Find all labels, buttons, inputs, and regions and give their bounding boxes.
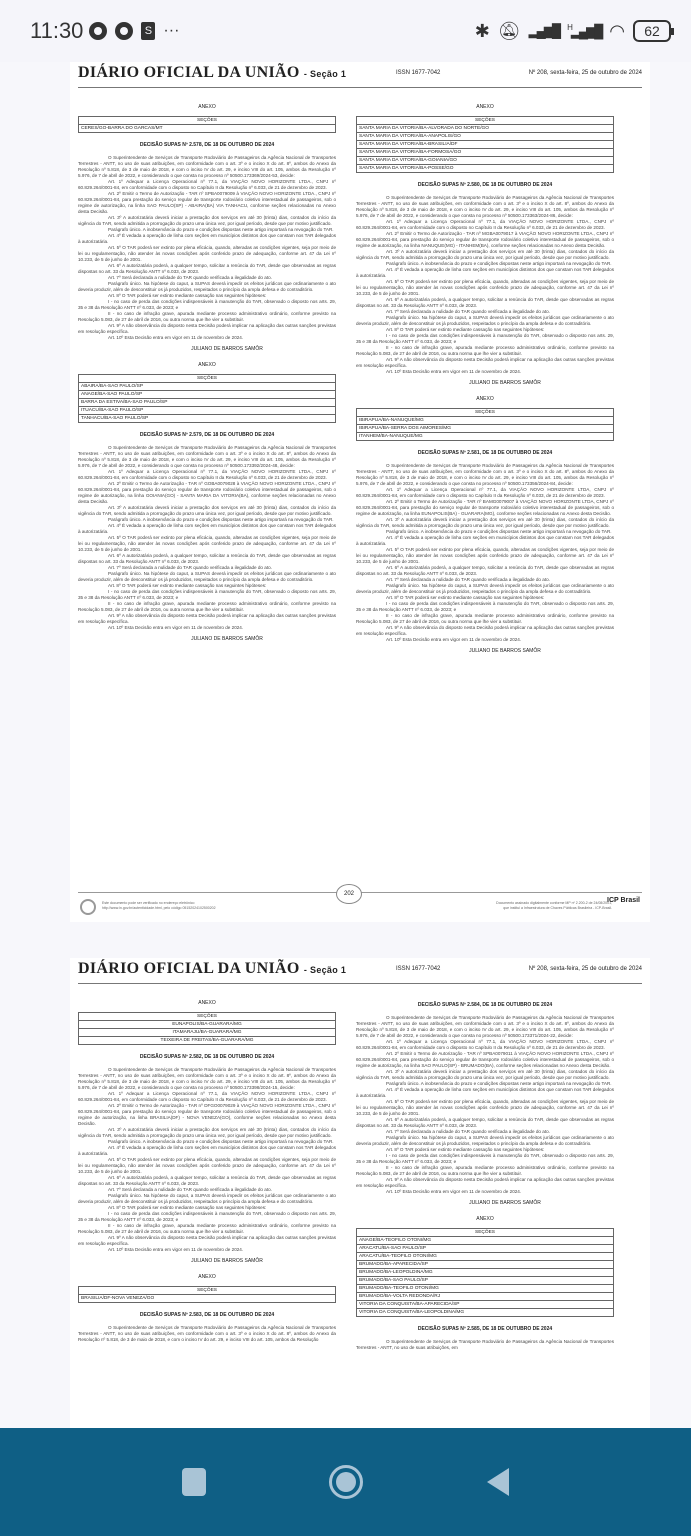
paragraph: Art. 10º Esta Decisão entra em vigor em … — [78, 1247, 336, 1253]
secoes-table: SEÇÕES IBIRAPUA/BA-NANUQUE/MG IBIRAPUA/B… — [356, 408, 614, 441]
document-page-203[interactable]: DIÁRIO OFICIAL DA UNIÃO - Seção 1 ISSN 1… — [70, 958, 650, 1428]
paragraph: Art. 5º O TAR poderá ser extinto por ple… — [78, 1157, 336, 1175]
paragraph: I - no caso de perda das condições indis… — [356, 601, 614, 613]
status-bar: 11:30 S ··· ✱ 🔕︎ ▂▄▆█ H▂▄▆█ ◠ 62 — [0, 0, 691, 62]
page-footer: Este documento pode ser verificado no en… — [78, 892, 642, 916]
paragraph: O Superintendente de Serviços de Transpo… — [356, 463, 614, 487]
column-left: ANEXO SEÇÕES EUNAPOLIS/BA-GUARARA/MG ITA… — [78, 990, 336, 1343]
paragraph: Art. 3º A autorizatária deverá iniciar a… — [78, 1127, 336, 1139]
secoes-table: SEÇÕES ANAGE/BA-TEOFILO OTONI/MG ARACATU… — [356, 1228, 614, 1317]
secoes-table: SEÇÕES EUNAPOLIS/BA-GUARARA/MG ITAMARAJU… — [78, 1012, 336, 1045]
paragraph: Art. 6º A autorizatária poderá, a qualqu… — [78, 553, 336, 565]
table-row: ITANHEM/BA-NANUQUE/MG — [357, 433, 614, 441]
paragraph: Art. 1º Adequar a Licença Operacional nº… — [78, 1091, 336, 1103]
chrome-icon — [89, 22, 107, 40]
table-row: ABAIRA/BA-SAO PAULO/SP — [79, 383, 336, 391]
paragraph: Art. 4º É vedada a operação de linha com… — [78, 523, 336, 535]
signal-icon: ▂▄▆█ — [529, 23, 559, 39]
paragraph: Parágrafo único. Na hipótese do caput, a… — [356, 315, 614, 327]
decision-title: DECISÃO SUPAS Nº 2.580, DE 18 DE OUTUBRO… — [356, 182, 614, 188]
battery-level: 62 — [644, 23, 660, 39]
publication-title: DIÁRIO OFICIAL DA UNIÃO - Seção 1 — [78, 64, 346, 82]
signature: JULIANO DE BARROS SAMÔR — [396, 380, 614, 386]
secoes-table: SEÇÕES BRASILIA/DF-NOVA VENEZA/GO — [78, 1286, 336, 1303]
paragraph: Art. 10º Esta Decisão entra em vigor em … — [356, 369, 614, 375]
table-header: SEÇÕES — [79, 1287, 336, 1295]
decision-title: DECISÃO SUPAS Nº 2.582, DE 18 DE OUTUBRO… — [78, 1054, 336, 1060]
paragraph: II - no caso de infração grave, apurada … — [78, 311, 336, 323]
decision-title: DECISÃO SUPAS Nº 2.584, DE 18 DE OUTUBRO… — [356, 1002, 614, 1008]
page-header: DIÁRIO OFICIAL DA UNIÃO - Seção 1 ISSN 1… — [78, 958, 642, 984]
table-row: IBIRAPUA/BA-SERRA DOS AIMORES/MG — [357, 425, 614, 433]
paragraph: Art. 5º O TAR poderá ser extinto por ple… — [356, 547, 614, 565]
table-row: IBIRAPUA/BA-NANUQUE/MG — [357, 417, 614, 425]
table-row: EUNAPOLIS/BA-GUARARA/MG — [79, 1021, 336, 1029]
signature: JULIANO DE BARROS SAMÔR — [118, 636, 336, 642]
publication-title: DIÁRIO OFICIAL DA UNIÃO - Seção 1 — [78, 960, 346, 978]
paragraph: Art. 10º Esta Decisão entra em vigor em … — [356, 637, 614, 643]
paragraph: Art. 3º A autorizatária deverá iniciar a… — [356, 1069, 614, 1081]
more-notifications-icon: ··· — [163, 22, 179, 40]
anexo-label: ANEXO — [78, 362, 336, 368]
paragraph: Parágrafo único. Na hipótese do caput, a… — [356, 583, 614, 595]
table-row: BRUMADO/BA-VOLTA REDONDA/RJ — [357, 1293, 614, 1301]
paragraph: Art. 3º A autorizatária deverá iniciar a… — [356, 249, 614, 261]
table-row: ARACATU/BA-SAO PAULO/SP — [357, 1245, 614, 1253]
decision-body: O Superintendente de Serviços de Transpo… — [78, 1325, 336, 1343]
paragraph: Art. 5º O TAR poderá ser extinto por ple… — [78, 245, 336, 263]
paragraph: Art. 4º É vedada a operação de linha com… — [356, 1087, 614, 1099]
paragraph: Art. 9º A não observância do disposto ne… — [356, 1177, 614, 1189]
paragraph: O Superintendente de Serviços de Transpo… — [356, 1015, 614, 1039]
paragraph: Art. 2º Emitir o Termo de Autorização - … — [356, 231, 614, 249]
table-row: BRUMADO/BA-SAO PAULO/SP — [357, 1277, 614, 1285]
signal-h-icon: H▂▄▆█ — [567, 23, 601, 39]
issn: ISSN 1677-7042 — [396, 70, 440, 76]
navigation-bar — [0, 1428, 691, 1536]
issn: ISSN 1677-7042 — [396, 966, 440, 972]
paragraph: Art. 9º A não observância do disposto ne… — [78, 613, 336, 625]
battery-icon: 62 — [633, 20, 671, 42]
paragraph: Art. 9º A não observância do disposto ne… — [356, 357, 614, 369]
table-header: SEÇÕES — [357, 117, 614, 125]
paragraph: Art. 1º Adequar a Licença Operacional nº… — [356, 219, 614, 231]
decision-title: DECISÃO SUPAS Nº 2.583, DE 18 DE OUTUBRO… — [78, 1312, 336, 1318]
paragraph: Art. 3º A autorizatária deverá iniciar a… — [356, 517, 614, 529]
page-number: 202 — [336, 884, 362, 904]
icp-brasil-logo-icon: ICP Brasil — [607, 897, 640, 904]
table-row: ANAGE/BA-TEOFILO OTONI/MG — [357, 1237, 614, 1245]
decision-body: O Superintendente de Serviços de Transpo… — [78, 445, 336, 631]
table-row: ITAMARAJU/BA-GUARARA/MG — [79, 1029, 336, 1037]
table-row: ANAGE/BA-SAO PAULO/SP — [79, 391, 336, 399]
column-right: DECISÃO SUPAS Nº 2.584, DE 18 DE OUTUBRO… — [356, 1002, 614, 1351]
table-row: BRASILIA/DF-NOVA VENEZA/GO — [79, 1295, 336, 1303]
bluetooth-icon: ✱ — [475, 21, 490, 42]
paragraph: Art. 10º Esta Decisão entra em vigor em … — [356, 1189, 614, 1195]
table-header: SEÇÕES — [357, 1229, 614, 1237]
paragraph: Art. 6º A autorizatária poderá, a qualqu… — [356, 565, 614, 577]
column-left: ANEXO SEÇÕES CERES/GO-BARRA DO GARCAS/MT… — [78, 94, 336, 642]
paragraph: II - no caso de infração grave, apurada … — [78, 601, 336, 613]
section-label: - Seção 1 — [304, 965, 346, 975]
paragraph: Art. 4º É vedada a operação de linha com… — [356, 267, 614, 279]
paragraph: Parágrafo único. Na hipótese do caput, a… — [356, 1135, 614, 1147]
edition-info: Nº 208, sexta-feira, 25 de outubro de 20… — [529, 966, 642, 972]
paragraph: I - no caso de perda das condições indis… — [78, 299, 336, 311]
secoes-table: SEÇÕES CERES/GO-BARRA DO GARCAS/MT — [78, 116, 336, 133]
decision-body: O Superintendente de Serviços de Transpo… — [356, 1339, 614, 1351]
decision-body: O Superintendente de Serviços de Transpo… — [356, 195, 614, 375]
secoes-table: SEÇÕES SANTA MARIA DA VITORIA/BA-ALVORAD… — [356, 116, 614, 173]
document-page-202[interactable]: DIÁRIO OFICIAL DA UNIÃO - Seção 1 ISSN 1… — [70, 62, 650, 922]
table-row: SANTA MARIA DA VITORIA/BA-ALVORADA DO NO… — [357, 125, 614, 133]
anexo-label: ANEXO — [356, 1216, 614, 1222]
anexo-label: ANEXO — [78, 104, 336, 110]
signature: JULIANO DE BARROS SAMÔR — [118, 346, 336, 352]
table-row: BRUMADO/BA-LEOPOLDINA/MG — [357, 1269, 614, 1277]
paragraph: II - no caso de infração grave, apurada … — [356, 1165, 614, 1177]
table-row: VITORIA DA CONQUISTA/BA-LEOPOLDINA/MG — [357, 1309, 614, 1317]
decision-body: O Superintendente de Serviços de Transpo… — [356, 463, 614, 643]
recent-apps-button[interactable] — [182, 1468, 206, 1496]
back-button[interactable] — [487, 1468, 509, 1496]
decision-body: O Superintendente de Serviços de Transpo… — [356, 1015, 614, 1195]
decision-title: DECISÃO SUPAS Nº 2.579, DE 18 DE OUTUBRO… — [78, 432, 336, 438]
table-row: ITUACU/BA-SAO PAULO/SP — [79, 407, 336, 415]
paragraph: Art. 3º A autorizatária deverá iniciar a… — [78, 215, 336, 227]
paragraph: I - no caso de perda das condições indis… — [356, 1153, 614, 1165]
decision-body: O Superintendente de Serviços de Transpo… — [78, 1067, 336, 1253]
paragraph: Art. 6º A autorizatária poderá, a qualqu… — [78, 263, 336, 275]
decision-body: O Superintendente de Serviços de Transpo… — [78, 155, 336, 341]
paragraph: O Superintendente de Serviços de Transpo… — [78, 445, 336, 469]
chrome-icon-2 — [115, 22, 133, 40]
paragraph: Art. 5º O TAR poderá ser extinto por ple… — [78, 535, 336, 553]
bell-muted-icon: 🔕︎ — [498, 21, 521, 42]
paragraph: Art. 1º Adequar a Licença Operacional nº… — [356, 1039, 614, 1051]
paragraph: I - no caso de perda das condições indis… — [78, 1211, 336, 1223]
paragraph: II - no caso de infração grave, apurada … — [356, 345, 614, 357]
page-header: DIÁRIO OFICIAL DA UNIÃO - Seção 1 ISSN 1… — [78, 62, 642, 88]
paragraph: I - no caso de perda das condições indis… — [78, 589, 336, 601]
paragraph: Art. 2º Emitir o Termo de Autorização - … — [78, 191, 336, 215]
anexo-label: ANEXO — [78, 1000, 336, 1006]
table-row: VITORIA DA CONQUISTA/BA-APARECIDA/SP — [357, 1301, 614, 1309]
paragraph: Art. 2º Emitir o Termo de Autorização - … — [78, 481, 336, 505]
signature: JULIANO DE BARROS SAMÔR — [396, 1200, 614, 1206]
signature-notice: Documento assinado digitalmente conforme… — [496, 901, 612, 911]
paragraph: Art. 2º Emitir o Termo de Autorização - … — [356, 499, 614, 517]
table-row: SANTA MARIA DA VITORIA/BA-FORMOSA/GO — [357, 149, 614, 157]
table-row: CERES/GO-BARRA DO GARCAS/MT — [79, 125, 336, 133]
paragraph: O Superintendente de Serviços de Transpo… — [356, 1339, 614, 1351]
paragraph: Parágrafo único. Na hipótese do caput, a… — [78, 1193, 336, 1205]
paragraph: Art. 9º A não observância do disposto ne… — [78, 323, 336, 335]
decision-title: DECISÃO SUPAS Nº 2.581, DE 18 DE OUTUBRO… — [356, 450, 614, 456]
republic-seal-icon — [80, 899, 96, 915]
anexo-label: ANEXO — [356, 104, 614, 110]
table-row: SANTA MARIA DA VITORIA/BA-GOIANIA/GO — [357, 157, 614, 165]
table-row: ARACATU/BA-TEOFILO OTONI/MG — [357, 1253, 614, 1261]
paragraph: O Superintendente de Serviços de Transpo… — [78, 1325, 336, 1343]
paragraph: Art. 2º Emitir o Termo de Autorização - … — [356, 1051, 614, 1069]
table-row: TEIXEIRA DE FREITAS/BA-GUARARA/MG — [79, 1037, 336, 1045]
table-header: SEÇÕES — [79, 1013, 336, 1021]
paragraph: Art. 1º Adequar a Licença Operacional nº… — [78, 179, 336, 191]
paragraph: Art. 6º A autorizatária poderá, a qualqu… — [356, 297, 614, 309]
paragraph: Art. 5º O TAR poderá ser extinto por ple… — [356, 279, 614, 297]
signature: JULIANO DE BARROS SAMÔR — [396, 648, 614, 654]
paragraph: Art. 6º A autorizatária poderá, a qualqu… — [356, 1117, 614, 1129]
table-row: BARRA DA ESTIVA/BA-SAO PAULO/SP — [79, 399, 336, 407]
paragraph: Art. 2º Emitir o Termo de Autorização - … — [78, 1103, 336, 1127]
decision-title: DECISÃO SUPAS Nº 2.578, DE 18 DE OUTUBRO… — [78, 142, 336, 148]
paragraph: Parágrafo único. Na hipótese do caput, a… — [78, 281, 336, 293]
paragraph: Parágrafo único. Na hipótese do caput, a… — [78, 571, 336, 583]
paragraph: I - no caso de perda das condições indis… — [356, 333, 614, 345]
table-header: SEÇÕES — [79, 375, 336, 383]
paragraph: Art. 10º Esta Decisão entra em vigor em … — [78, 625, 336, 631]
table-header: SEÇÕES — [79, 117, 336, 125]
paragraph: Art. 6º A autorizatária poderá, a qualqu… — [78, 1175, 336, 1187]
column-right: ANEXO SEÇÕES SANTA MARIA DA VITORIA/BA-A… — [356, 94, 614, 654]
paragraph: O Superintendente de Serviços de Transpo… — [78, 155, 336, 179]
table-row: SANTA MARIA DA VITORIA/BA-ANAPOLIS/GO — [357, 133, 614, 141]
page-gap — [0, 922, 691, 958]
section-label: - Seção 1 — [304, 69, 346, 79]
table-header: SEÇÕES — [357, 409, 614, 417]
clock: 11:30 — [30, 18, 83, 44]
paragraph: O Superintendente de Serviços de Transpo… — [356, 195, 614, 219]
table-row: BRUMADO/BA-APARECIDA/SP — [357, 1261, 614, 1269]
edition-info: Nº 208, sexta-feira, 25 de outubro de 20… — [529, 70, 642, 76]
table-row: SANTA MARIA DA VITORIA/BA-POSSE/GO — [357, 165, 614, 173]
table-row: SANTA MARIA DA VITORIA/BA-BRASILIA/DF — [357, 141, 614, 149]
paragraph: Art. 5º O TAR poderá ser extinto por ple… — [356, 1099, 614, 1117]
paragraph: Art. 9º A não observância do disposto ne… — [356, 625, 614, 637]
secoes-table: SEÇÕES ABAIRA/BA-SAO PAULO/SP ANAGE/BA-S… — [78, 374, 336, 423]
anexo-label: ANEXO — [78, 1274, 336, 1280]
wifi-icon: ◠ — [609, 21, 625, 42]
paragraph: II - no caso de infração grave, apurada … — [78, 1223, 336, 1235]
paragraph: Art. 10º Esta Decisão entra em vigor em … — [78, 335, 336, 341]
table-row: TANHACU/BA-SAO PAULO/SP — [79, 415, 336, 423]
paragraph: Art. 4º É vedada a operação de linha com… — [78, 1145, 336, 1157]
paragraph: Art. 1º Adequar a Licença Operacional nº… — [356, 487, 614, 499]
paragraph: Art. 9º A não observância do disposto ne… — [78, 1235, 336, 1247]
verification-text: Este documento pode ser verificado no en… — [102, 901, 216, 911]
signature: JULIANO DE BARROS SAMÔR — [118, 1258, 336, 1264]
home-button[interactable] — [329, 1465, 363, 1499]
paragraph: II - no caso de infração grave, apurada … — [356, 613, 614, 625]
paragraph: Art. 4º É vedada a operação de linha com… — [78, 233, 336, 245]
paragraph: O Superintendente de Serviços de Transpo… — [78, 1067, 336, 1091]
decision-title: DECISÃO SUPAS Nº 2.585, DE 18 DE OUTUBRO… — [356, 1326, 614, 1332]
paragraph: Art. 3º A autorizatária deverá iniciar a… — [78, 505, 336, 517]
table-row: BRUMADO/BA-TEOFILO OTONI/MG — [357, 1285, 614, 1293]
anexo-label: ANEXO — [356, 396, 614, 402]
paragraph: Art. 4º É vedada a operação de linha com… — [356, 535, 614, 547]
shopee-icon: S — [141, 22, 155, 40]
paragraph: Art. 1º Adequar a Licença Operacional nº… — [78, 469, 336, 481]
